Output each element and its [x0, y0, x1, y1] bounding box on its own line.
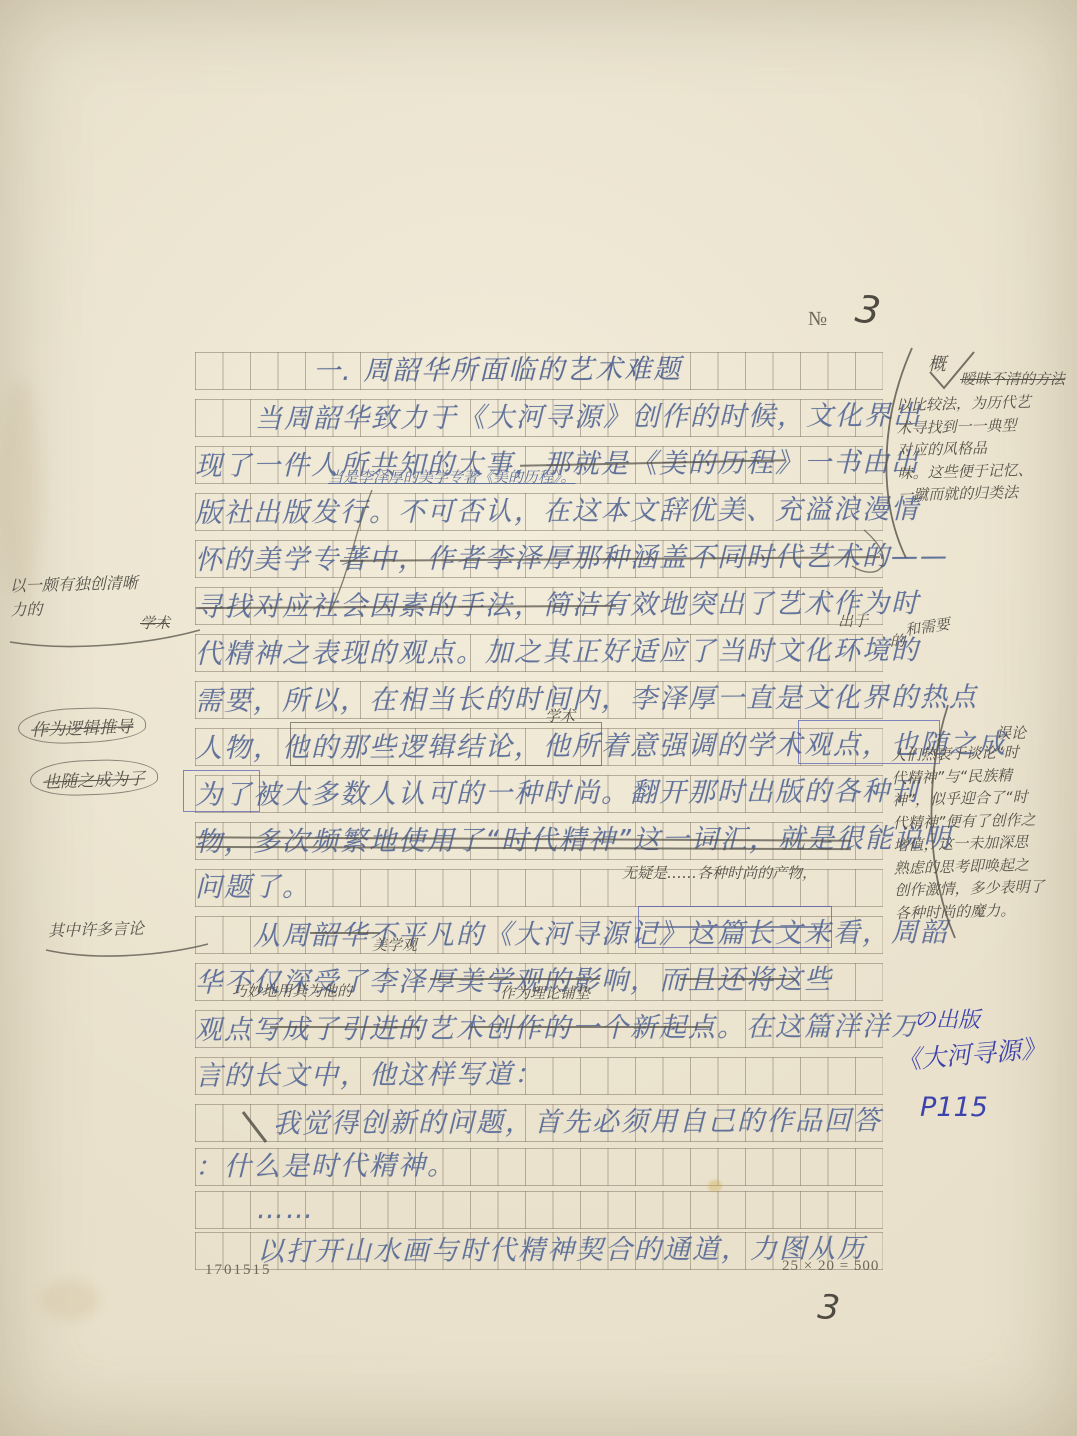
insertion-note: 巧妙地用其为他的 [232, 982, 352, 1000]
printed-serial-number: 1701515 [205, 1262, 272, 1279]
printed-grid-spec: 25 × 20 = 500 [782, 1258, 879, 1275]
manuscript-line: 言的长文中，他这样写道： [195, 1057, 543, 1095]
insertion-note: 作为理论铺垫 [500, 984, 590, 1002]
manuscript-row: 版社出版发行。不可否认，在这本文辞优美、充溢浪漫情 [195, 493, 883, 531]
manuscript-line: 代精神之表现的观点。加之其正好适应了当时文化环境的 [195, 633, 920, 673]
manuscript-row: 一. 周韶华所面临的艺术难题 [195, 352, 883, 390]
margin-note-left-circled-2: 也随之成为了 [29, 758, 158, 797]
manuscript-line: 需要，所以，在相当长的时间内，李泽厚一直是文化界的热点 [195, 680, 978, 720]
margin-note-right-top: 以比较法，为历代艺 术寻找到一一典型 对应的风格品 味。这些便于记忆、 一蹴而就… [896, 390, 1077, 507]
manuscript-title-line: 一. 周韶华所面临的艺术难题 [313, 352, 682, 390]
edit-box [183, 770, 260, 812]
margin-note-left-1-sub: 学术 [140, 612, 170, 633]
edit-box [290, 722, 602, 766]
manuscript-row: 为了被大多数人认可的一种时尚。翻开那时出版的各种刊 [195, 775, 883, 813]
manuscript-row: 观点写成了引进的艺术创作的一个新起点。在这篇洋洋万 [195, 1010, 883, 1048]
bottom-page-number-handwritten: 3 [816, 1287, 842, 1329]
margin-note-left-circled-2-text: 也随之成为了 [43, 769, 146, 793]
manuscript-line: …… [257, 1192, 315, 1228]
manuscript-line: 问题了。 [195, 870, 311, 907]
manuscript-row: 以打开山水画与时代精神契合的通道，力图从历 [195, 1232, 883, 1270]
manuscript-row: ：什么是时代精神。 [195, 1148, 883, 1186]
margin-note-right-top-struck: 暧昧不清的方法 [960, 368, 1065, 389]
manuscript-row: 言的长文中，他这样写道： [195, 1057, 883, 1095]
page-number-label: № [808, 308, 827, 331]
page-number-handwritten: 3 [853, 286, 884, 333]
margin-note-blue-line1: の出版 [914, 1008, 980, 1034]
edit-strike [680, 978, 795, 980]
margin-note-left-2: 其中许多言论 [48, 917, 145, 944]
manuscript-page: № 3 一. 周韶华所面临的艺术难题 当周韶华致力于《大河寻源》创作的时候，文化… [0, 0, 1077, 1436]
edit-strike [645, 926, 823, 928]
manuscript-row: 代精神之表现的观点。加之其正好适应了当时文化环境的 [195, 634, 883, 672]
manuscript-line: 观点写成了引进的艺术创作的一个新起点。在这篇洋洋万 [195, 1009, 920, 1049]
insertion-note: 美学观 [372, 936, 417, 954]
margin-note-blue-line3: P115 [920, 1092, 988, 1124]
insertion-note: 当是李泽厚的美学专著《美的历程》。 [328, 468, 576, 486]
manuscript-line: 版社出版发行。不可否认，在这本文辞优美、充溢浪漫情 [195, 492, 920, 532]
manuscript-line: ：什么是时代精神。 [195, 1148, 456, 1185]
manuscript-line: 以打开山水画与时代精神契合的通道，力图从历 [257, 1231, 866, 1270]
manuscript-line: 从周韶华不平凡的《大河寻源记》这篇长文来看，周韶 [253, 915, 949, 955]
manuscript-row: 我觉得创新的问题，首先必须用自己的作品回答 [195, 1104, 883, 1142]
manuscript-row: 需要，所以，在相当长的时间内，李泽厚一直是文化界的热点 [195, 681, 883, 719]
margin-note-right-mid: 人们热衷于谈论“时 代精神”与“民族精 神”，似乎迎合了“时 代精神”便有了创作… [891, 740, 1077, 925]
paper-stain [0, 380, 40, 600]
manuscript-line: 为了被大多数人认可的一种时尚。翻开那时出版的各种刊 [195, 774, 920, 814]
edit-strike [470, 1026, 710, 1028]
margin-note-right-mid-label: 误论 [996, 722, 1026, 743]
margin-note-left-circled-1-text: 作为逻辑推导 [31, 717, 134, 741]
edit-strike [270, 1026, 420, 1028]
margin-note-left-circled-1: 作为逻辑推导 [17, 706, 146, 745]
paper-stain [40, 1280, 100, 1320]
manuscript-row: …… [195, 1191, 883, 1229]
edit-strike [430, 978, 600, 980]
manuscript-line: 当周韶华致力于《大河寻源》创作的时候，文化界出 [255, 398, 922, 437]
edit-strike [310, 932, 380, 934]
edit-box [798, 720, 940, 764]
insertion-note: 无疑是……各种时尚的产物， [622, 864, 817, 882]
insertion-note: 的 [890, 632, 905, 650]
manuscript-line: 我觉得创新的问题，首先必须用自己的作品回答 [273, 1103, 882, 1142]
insertion-note: 出于 [838, 612, 868, 630]
manuscript-row: 当周韶华致力于《大河寻源》创作的时候，文化界出 [195, 399, 883, 437]
margin-note-right-top-label: 概 [928, 350, 946, 376]
